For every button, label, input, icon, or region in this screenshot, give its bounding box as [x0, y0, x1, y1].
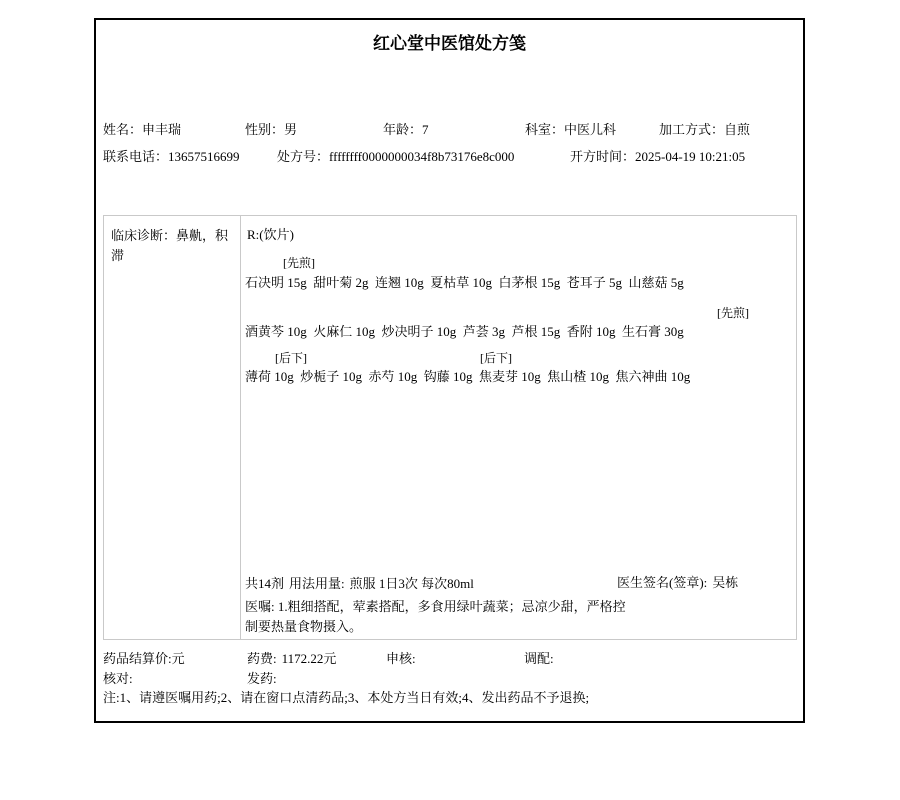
dispense-field: 发药:: [247, 671, 277, 686]
department-value: 中医儿科: [564, 122, 616, 137]
decoct-later-label-b: [后下]: [480, 351, 512, 365]
medicine-fee-label: 药费:: [247, 651, 277, 666]
phone-value: 13657516699: [168, 149, 240, 164]
herb-line-3: 薄荷 10g 炒栀子 10g 赤芍 10g 钩藤 10g 焦麦芽 10g 焦山楂…: [245, 369, 690, 384]
department-field: 科室：中医儿科: [525, 122, 616, 137]
clinical-diagnosis: 临床诊断：鼻鼽，积滞: [111, 226, 235, 266]
medical-advice: 医嘱: 1.粗细搭配，荤素搭配，多食用绿叶蔬菜；忌凉少甜，严格控制要热量食物摄入…: [245, 597, 629, 637]
doctor-signature-label: 医生签名(签章):: [617, 575, 707, 590]
dose-count: 共14剂: [245, 576, 284, 591]
usage-label: 用法用量:: [289, 576, 345, 591]
medicine-fee-field: 药费:1172.22元: [247, 651, 336, 666]
patient-gender-field: 性别：男: [245, 122, 297, 137]
issue-time-value: 2025-04-19 10:21:05: [635, 149, 745, 164]
patient-age-label: 年龄：: [383, 122, 422, 137]
compound-field: 调配:: [524, 651, 554, 666]
patient-name-field: 姓名：申丰瑞: [103, 122, 181, 137]
usage-line: 共14剂用法用量:煎服 1日3次 每次80ml: [245, 576, 474, 591]
processing-method-value: 自煎: [724, 122, 750, 137]
decoct-later-label-a: [后下]: [275, 351, 307, 365]
medicine-fee-value: 1172.22元: [282, 651, 337, 666]
check-field: 核对:: [103, 671, 133, 686]
processing-method-field: 加工方式：自煎: [659, 122, 750, 137]
doctor-signature-field: 医生签名(签章):吴栋: [617, 575, 738, 590]
herb-line-2: 酒黄芩 10g 火麻仁 10g 炒决明子 10g 芦荟 3g 芦根 15g 香附…: [245, 324, 684, 339]
department-label: 科室：: [525, 122, 564, 137]
rx-number-field: 处方号：ffffffff0000000034f8b73176e8c000: [277, 149, 514, 164]
usage-value: 煎服 1日3次 每次80ml: [350, 576, 474, 591]
review-field: 申核:: [386, 651, 416, 666]
clinical-diagnosis-label: 临床诊断：: [111, 228, 176, 243]
patient-name-label: 姓名：: [103, 122, 142, 137]
diagnosis-divider: [240, 215, 241, 640]
prescription-page: 红心堂中医馆处方笺 姓名：申丰瑞 性别：男 年龄：7 科室：中医儿科 加工方式：…: [0, 0, 900, 800]
settlement-price-field: 药品结算价:元: [103, 651, 185, 666]
footnote: 注:1、请遵医嘱用药;2、请在窗口点清药品;3、本处方当日有效;4、发出药品不予…: [103, 690, 589, 705]
patient-name-value: 申丰瑞: [142, 122, 181, 137]
phone-field: 联系电话：13657516699: [103, 149, 240, 164]
settlement-price-unit: 元: [172, 651, 185, 666]
decoct-first-label-2: [先煎]: [717, 306, 749, 320]
rx-number-label: 处方号：: [277, 149, 329, 164]
decoct-first-label-1: [先煎]: [283, 256, 315, 270]
settlement-price-label: 药品结算价:: [103, 651, 172, 666]
patient-age-field: 年龄：7: [383, 122, 429, 137]
processing-method-label: 加工方式：: [659, 122, 724, 137]
rx-number-value: ffffffff0000000034f8b73176e8c000: [329, 149, 514, 164]
patient-age-value: 7: [422, 122, 429, 137]
issue-time-label: 开方时间：: [570, 149, 635, 164]
patient-gender-label: 性别：: [245, 122, 284, 137]
issue-time-field: 开方时间：2025-04-19 10:21:05: [570, 149, 745, 164]
page-title: 红心堂中医馆处方笺: [94, 36, 805, 51]
patient-gender-value: 男: [284, 122, 297, 137]
doctor-signature-value: 吴栋: [712, 575, 738, 590]
phone-label: 联系电话：: [103, 149, 168, 164]
herb-line-1: 石决明 15g 甜叶菊 2g 连翘 10g 夏枯草 10g 白茅根 15g 苍耳…: [245, 275, 684, 290]
rx-header: R:(饮片): [247, 227, 294, 242]
